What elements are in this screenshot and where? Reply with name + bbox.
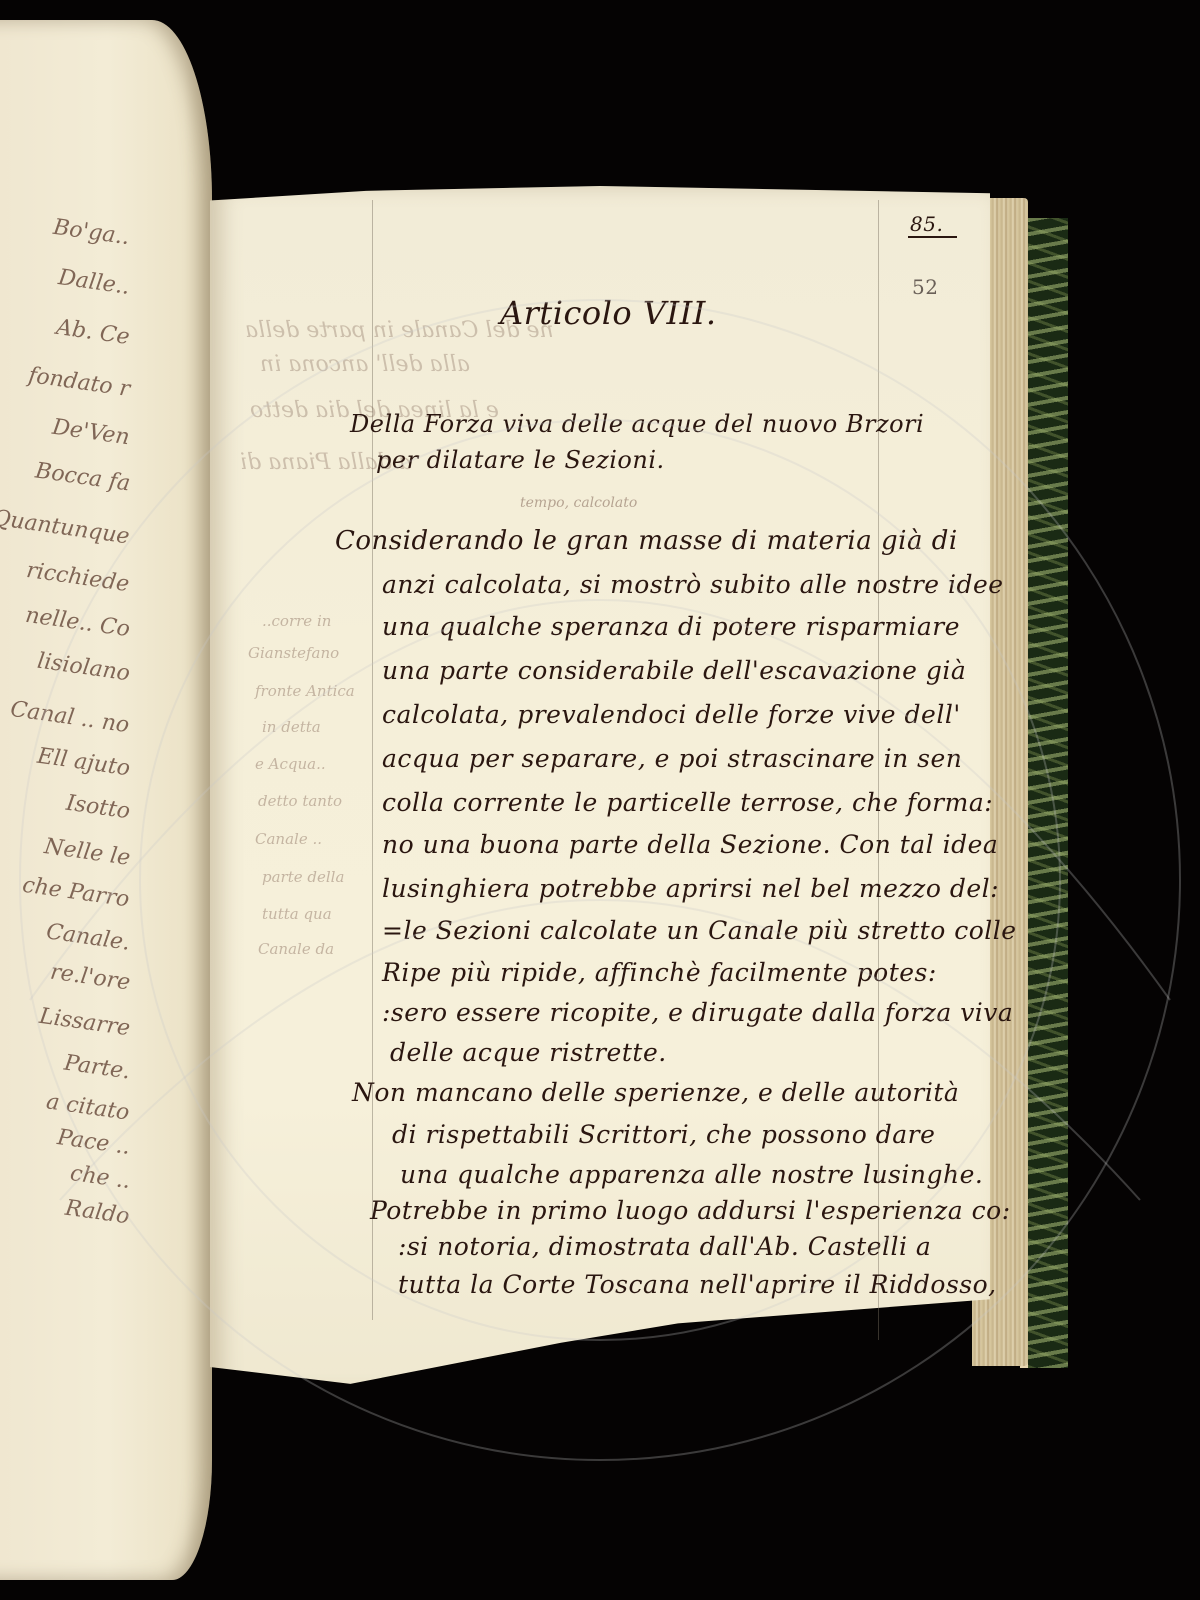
left-page-fragment: Nelle le xyxy=(42,834,131,871)
left-page-fragment: Lissarre xyxy=(37,1004,131,1041)
body-line: Potrebbe in primo luogo addursi l'esperi… xyxy=(370,1196,1011,1225)
body-line: :si notoria, dimostrata dall'Ab. Castell… xyxy=(398,1232,931,1261)
body-line: acqua per separare, e poi strascinare in… xyxy=(382,744,962,773)
left-page-fragment: a citato xyxy=(45,1089,131,1125)
subheading-line: per dilatare le Sezioni. xyxy=(376,446,665,474)
left-page-fragment: Canal .. no xyxy=(9,697,131,738)
left-page-fragment: Bocca fa xyxy=(33,458,131,496)
left-page-fragment: nelle.. Co xyxy=(23,603,131,642)
subheading-line: Della Forza viva delle acque del nuovo B… xyxy=(350,410,924,438)
faint-line: tempo, calcolato xyxy=(520,495,637,511)
article-heading: Articolo VIII. xyxy=(500,294,717,332)
left-page-fragment: Dalle.. xyxy=(57,265,132,300)
left-page-fragment: Parte. xyxy=(62,1051,131,1085)
body-line: Considerando le gran masse di materia gi… xyxy=(335,526,958,556)
left-page-fragment: Canale. xyxy=(44,919,131,955)
old-folio-number: 52 xyxy=(912,275,938,299)
body-line: una qualche apparenza alle nostre lusing… xyxy=(400,1160,983,1189)
margin-note: fronte Antica xyxy=(255,682,355,700)
left-page-fragment: Raldo xyxy=(64,1196,131,1230)
left-page-fragment: che .. xyxy=(68,1161,131,1194)
margin-note: Gianstefano xyxy=(248,644,339,662)
left-page-fragment: lisiolano xyxy=(35,649,131,687)
margin-note: in detta xyxy=(262,718,321,736)
left-page-fragment: De'Ven xyxy=(51,415,131,451)
margin-note: Canale da xyxy=(258,940,334,958)
body-line: no una buona parte della Sezione. Con ta… xyxy=(382,830,998,859)
ink-bleed: alla dell' ancona in xyxy=(260,352,470,377)
margin-note: e Acqua.. xyxy=(255,755,326,773)
body-line: colla corrente le particelle terrose, ch… xyxy=(382,788,993,817)
left-page-fragment: Quantunque xyxy=(0,506,131,550)
margin-note: Canale .. xyxy=(255,830,322,848)
body-line: di rispettabili Scrittori, che possono d… xyxy=(392,1120,935,1149)
body-line: delle acque ristrette. xyxy=(390,1038,667,1067)
left-page-fragment: Ell ajuto xyxy=(35,744,131,782)
folio-number: 85. xyxy=(908,212,957,238)
body-line: =le Sezioni calcolate un Canale più stre… xyxy=(382,916,1017,945)
left-page: Bo'ga.. Dalle.. Ab. Ce fondato r De'Ven … xyxy=(0,20,212,1580)
body-line: Non mancano delle sperienze, e delle aut… xyxy=(352,1078,959,1107)
body-line: una qualche speranza di potere risparmia… xyxy=(382,612,960,641)
body-line: una parte considerabile dell'escavazione… xyxy=(382,656,966,685)
body-line: calcolata, prevalendoci delle forze vive… xyxy=(382,700,961,729)
body-line: tutta la Corte Toscana nell'aprire il Ri… xyxy=(398,1270,997,1299)
margin-note: detto tanto xyxy=(258,792,342,810)
body-line: anzi calcolata, si mostrò subito alle no… xyxy=(382,570,1004,599)
left-page-fragment: che Parro xyxy=(21,873,131,913)
margin-note: ..corre in xyxy=(262,612,331,630)
left-page-fragment: Bo'ga.. xyxy=(52,215,131,250)
left-page-fragment: ricchiede xyxy=(25,558,131,597)
left-page-fragment: Ab. Ce xyxy=(55,315,132,350)
body-line: lusinghiera potrebbe aprirsi nel bel mez… xyxy=(382,874,999,903)
left-page-fragment: Isotto xyxy=(64,791,131,825)
margin-note: parte della xyxy=(262,868,344,886)
margin-note: tutta qua xyxy=(262,905,332,923)
book-spread: Bo'ga.. Dalle.. Ab. Ce fondato r De'Ven … xyxy=(0,0,1200,1600)
left-page-fragment: re.l'ore xyxy=(48,960,131,996)
left-page-fragment: Pace .. xyxy=(55,1125,131,1160)
body-line: Ripe più ripide, affinchè facilmente pot… xyxy=(382,958,937,987)
body-line: :sero essere ricopite, e dirugate dalla … xyxy=(382,998,1013,1027)
left-page-fragment: fondato r xyxy=(26,363,131,402)
